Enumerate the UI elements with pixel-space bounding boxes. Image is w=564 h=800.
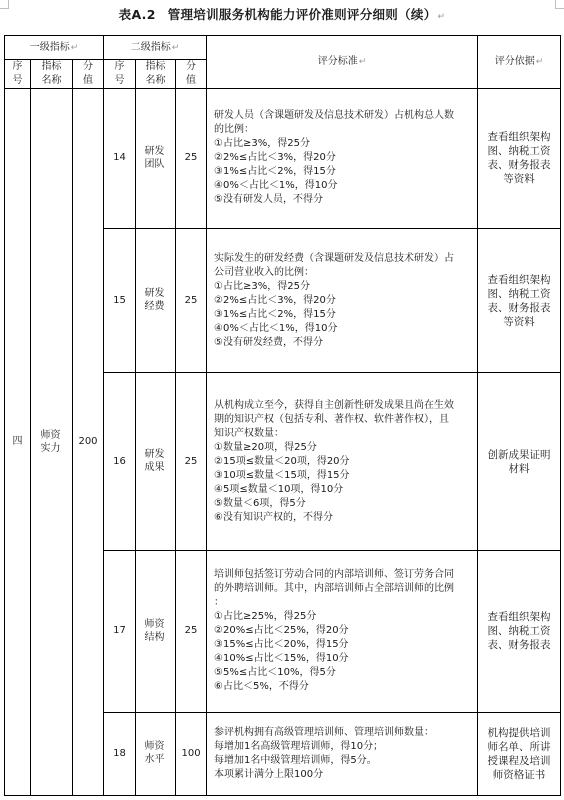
level1-seq: 四 [5, 89, 31, 796]
scoring-table: 一级指标↵ 二级指标↵ 评分标准↵ 评分依据↵ 序号 指标名称 分值 序号 指标… [4, 35, 561, 796]
header-level2: 二级指标↵ [104, 36, 207, 60]
row-score: 25 [176, 373, 207, 551]
header-l2-name: 指标名称 [136, 60, 176, 89]
row-name: 研发成果 [136, 373, 176, 551]
header-l1-name: 指标名称 [31, 60, 73, 89]
header-l2-score: 分值 [176, 60, 207, 89]
row-seq: 17 [104, 551, 136, 713]
table-caption: 表A.2管理培训服务机构能力评价准则评分细则（续）↵ [0, 5, 564, 23]
paragraph-mark-icon: ↵ [438, 12, 446, 22]
row-criteria: 参评机构拥有高级管理培训师、管理培训师数量： 每增加1名高级管理培训师，得10分… [207, 712, 478, 795]
header-l1-score: 分值 [73, 60, 104, 89]
row-seq: 18 [104, 712, 136, 795]
header-level1: 一级指标↵ [5, 36, 104, 60]
row-criteria: 研发人员（含课题研发及信息技术研发）占机构总人数 的比例： ①占比≥3%，得25… [207, 89, 478, 229]
row-seq: 15 [104, 228, 136, 373]
row-basis: 查看组织架构 图、纳税工资 表、财务报表 [478, 551, 561, 713]
header-criteria: 评分标准↵ [207, 36, 478, 89]
row-criteria: 实际发生的研发经费（含课题研发及信息技术研发）占 公司营业收入的比例： ①占比≥… [207, 228, 478, 373]
row-score: 25 [176, 551, 207, 713]
header-row-1: 一级指标↵ 二级指标↵ 评分标准↵ 评分依据↵ [5, 36, 561, 60]
row-score: 25 [176, 228, 207, 373]
row-name: 师资水平 [136, 712, 176, 795]
row-seq: 16 [104, 373, 136, 551]
row-name: 师资结构 [136, 551, 176, 713]
row-name: 研发团队 [136, 89, 176, 229]
header-basis: 评分依据↵ [478, 36, 561, 89]
row-basis: 机构提供培训 师名单、所讲 授课程及培训 师资格证书 [478, 712, 561, 795]
table-title: 管理培训服务机构能力评价准则评分细则（续） [168, 7, 437, 22]
header-l1-seq: 序号 [5, 60, 31, 89]
row-basis: 创新成果证明 材料 [478, 373, 561, 551]
row-criteria: 从机构成立至今，获得自主创新性研发成果且尚在生效 期的知识产权（包括专利、著作权… [207, 373, 478, 551]
header-l2-seq: 序号 [104, 60, 136, 89]
row-score: 25 [176, 89, 207, 229]
row-basis: 查看组织架构 图、纳税工资 表、财务报表 等资料 [478, 89, 561, 229]
row-basis: 查看组织架构 图、纳税工资 表、财务报表 等资料 [478, 228, 561, 373]
row-name: 研发经费 [136, 228, 176, 373]
level1-score: 200 [73, 89, 104, 796]
row-criteria: 培训师包括签订劳动合同的内部培训师、签订劳务合同 的外聘培训师。其中，内部培训师… [207, 551, 478, 713]
table-row: 四 师资实力 200 14 研发团队 25 研发人员（含课题研发及信息技术研发）… [5, 89, 561, 229]
level1-name: 师资实力 [31, 89, 73, 796]
row-score: 100 [176, 712, 207, 795]
row-seq: 14 [104, 89, 136, 229]
table-number: 表A.2 [119, 7, 156, 22]
